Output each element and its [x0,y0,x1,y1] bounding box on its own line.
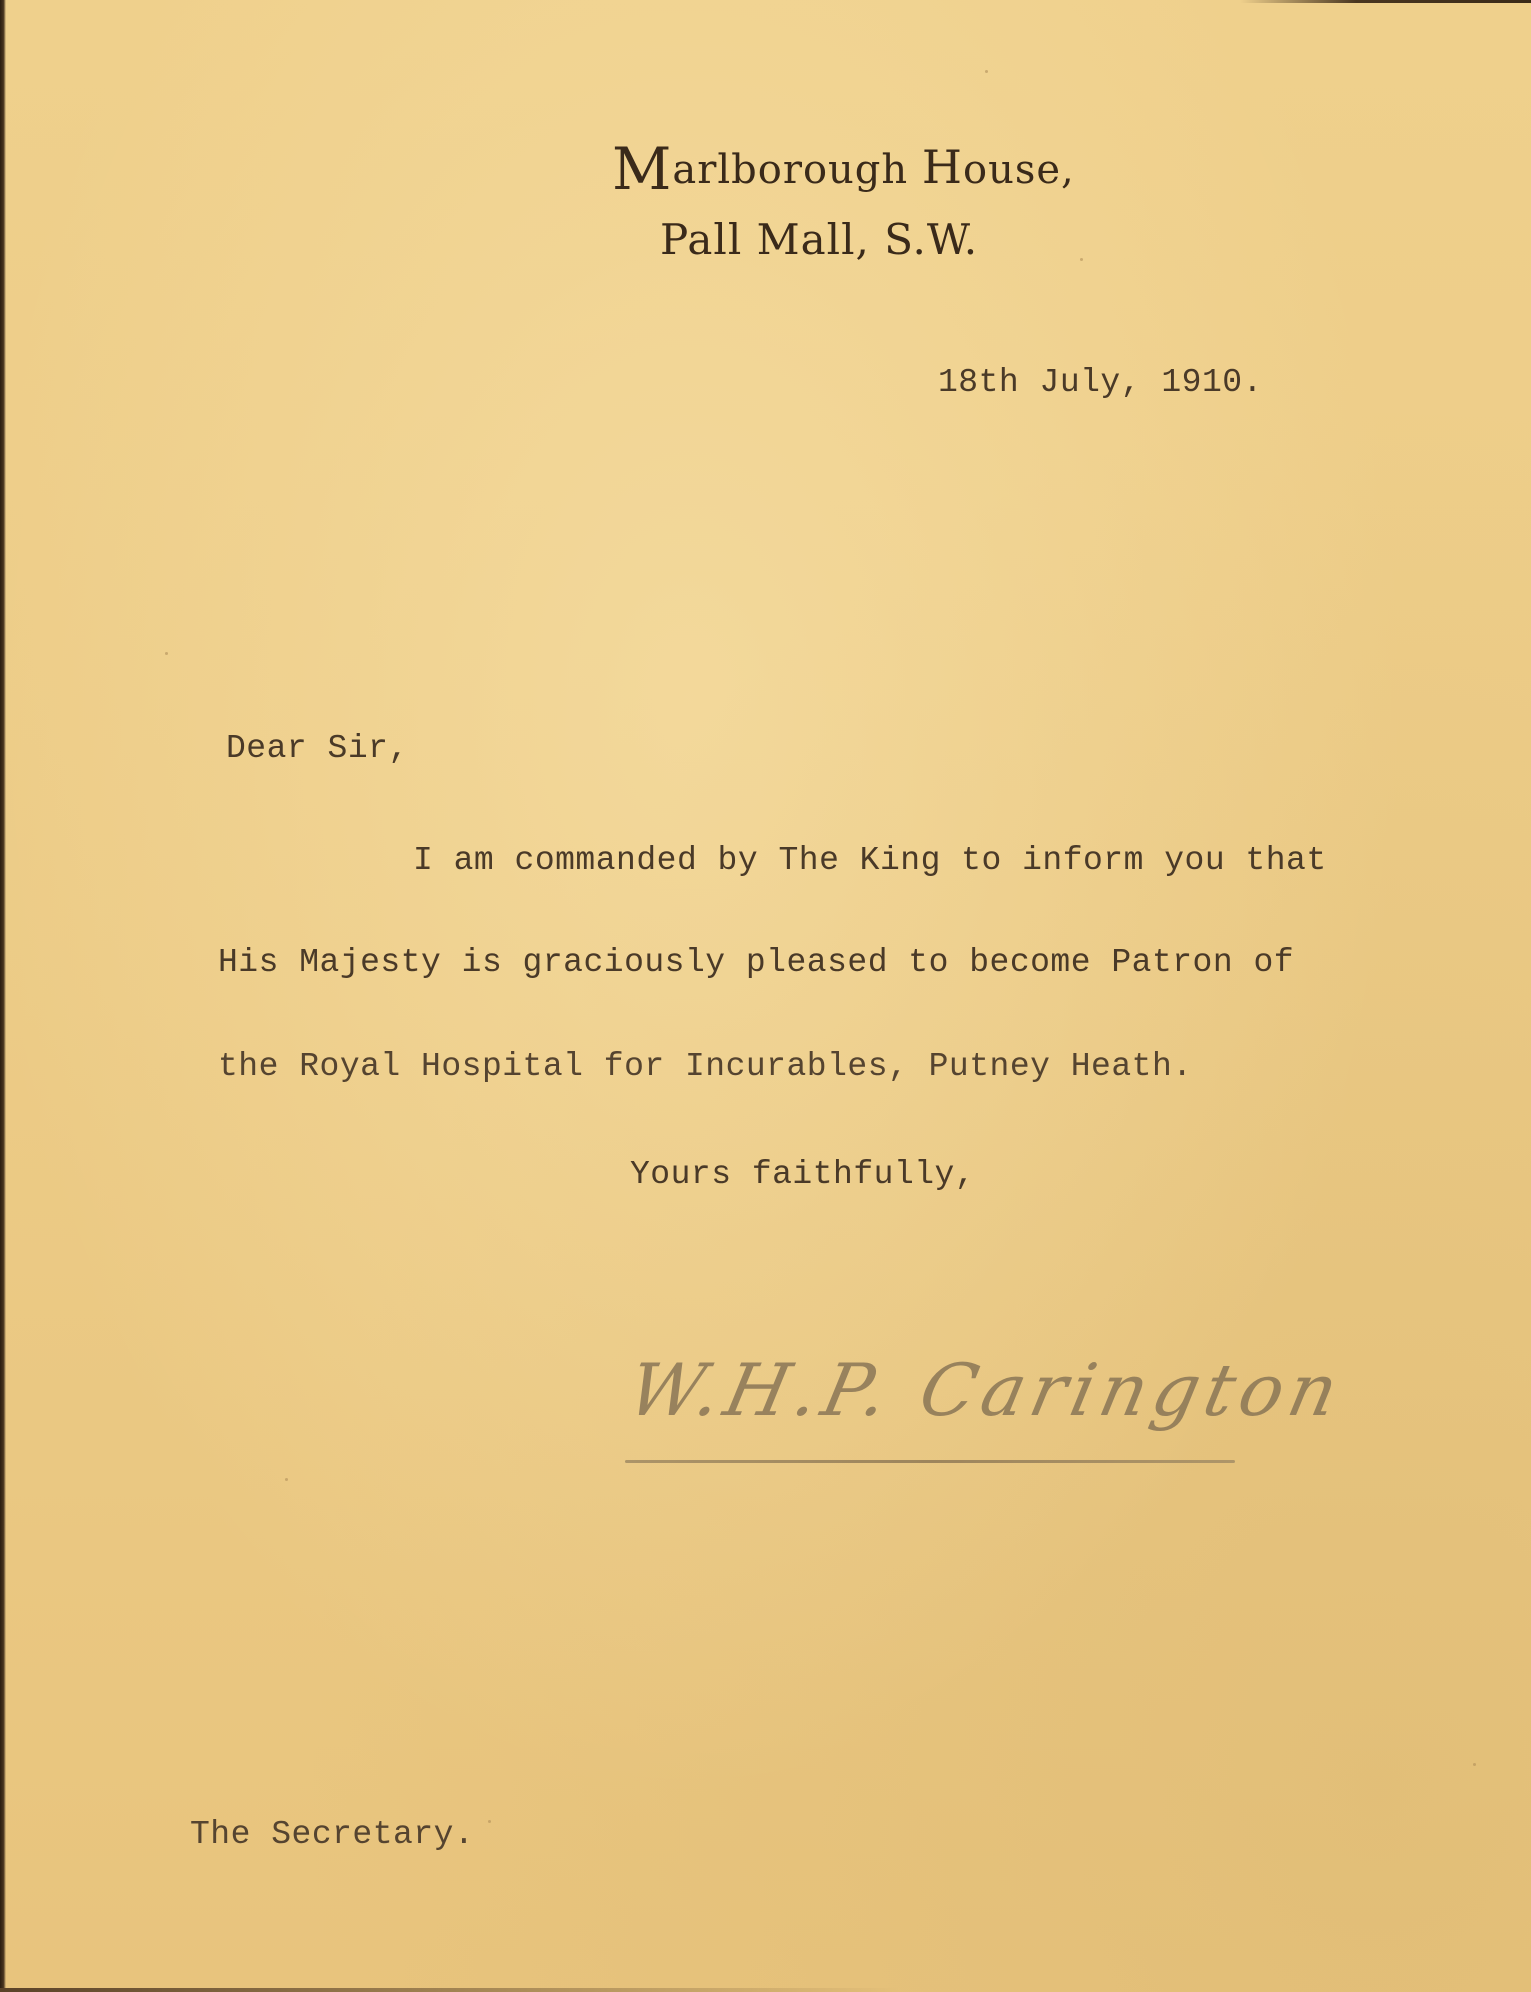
letterhead-text: arlborough [672,147,922,193]
paper-speck [1473,1763,1476,1766]
paper-speck [985,70,988,73]
body-line-1: I am commanded by The King to inform you… [413,842,1327,879]
addressee: The Secretary. [190,1816,474,1853]
signature: W.H.P. Carington [620,1340,1240,1470]
paper-speck [488,1820,491,1823]
letter-paper [0,0,1531,1992]
letterhead-initial-m: M [612,135,672,203]
paper-speck [1080,258,1083,261]
page-edge-bottom [0,1988,900,1992]
letterhead-line-1: Marlborough House, [612,140,1075,198]
page-edge-left [0,0,6,1992]
letter-date: 18th July, 1910. [938,364,1263,401]
paper-speck [165,652,168,655]
letterhead-initial-h: H [922,140,963,194]
body-line-3: the Royal Hospital for Incurables, Putne… [218,1048,1193,1085]
letterhead-text-end: ouse, [963,147,1075,193]
body-line-2: His Majesty is graciously pleased to bec… [218,944,1294,981]
letterhead-line-2: Pall Mall, S.W. [660,215,978,264]
page-edge-top [1240,0,1531,3]
signature-underline [625,1460,1235,1463]
salutation: Dear Sir, [226,730,409,767]
paper-speck [285,1478,288,1481]
signature-handwriting: W.H.P. Carington [621,1348,1351,1432]
closing: Yours faithfully, [630,1156,975,1193]
